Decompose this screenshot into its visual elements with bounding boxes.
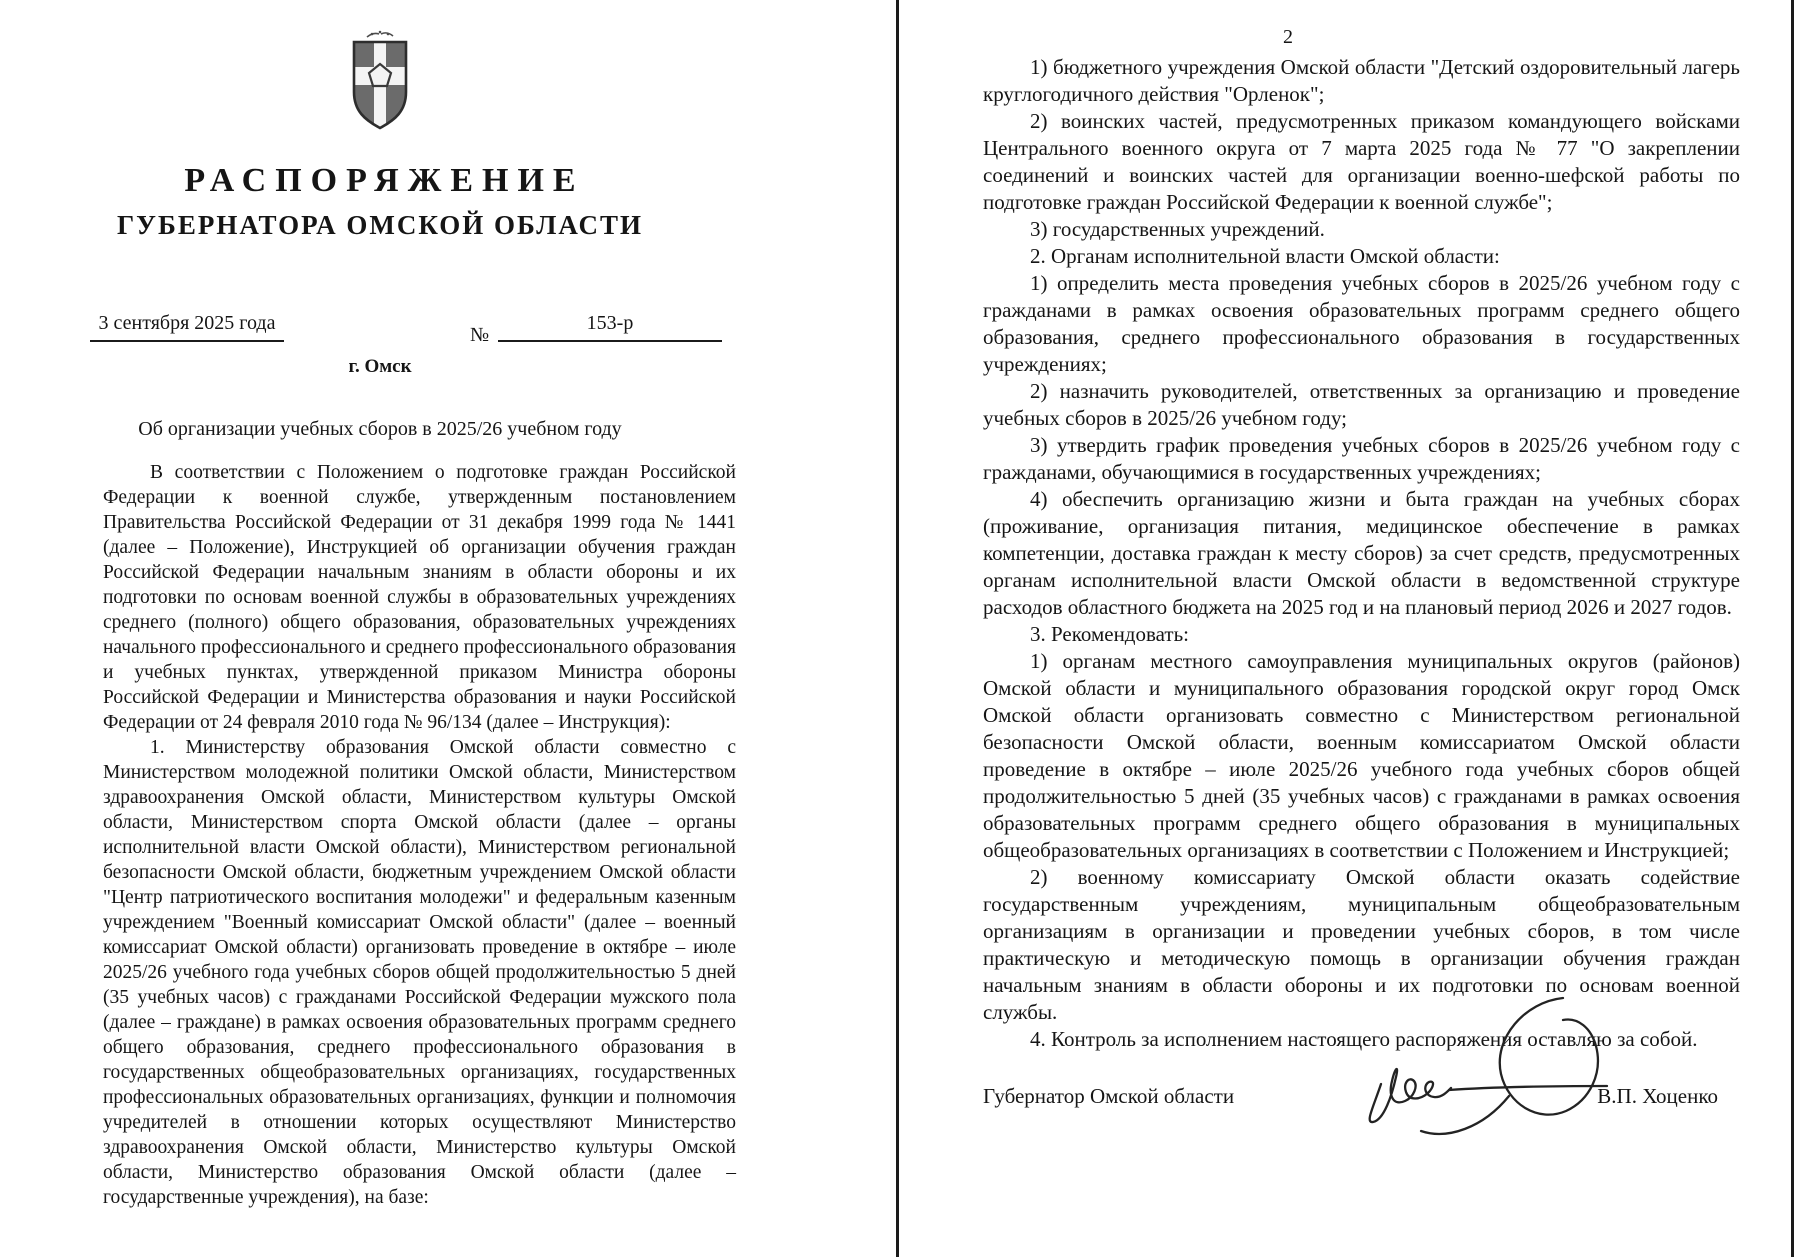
number-value: 153-р	[587, 312, 634, 334]
omsk-coat-of-arms-icon	[345, 30, 415, 134]
subject-line: Об организации учебных сборов в 2025/26 …	[58, 418, 702, 441]
signature-block: Губернатор Омской области В.П. Хоценко	[983, 1083, 1740, 1110]
number-sign: №	[470, 324, 489, 347]
paragraph: 3) утвердить график проведения учебных с…	[983, 432, 1740, 486]
place-line: г. Омск	[88, 356, 672, 378]
date-field: 3 сентября 2025 года	[90, 312, 284, 342]
page-number: 2	[1188, 26, 1388, 49]
date-value: 3 сентября 2025 года	[99, 312, 276, 334]
signature-position: Губернатор Омской области	[983, 1083, 1234, 1110]
signature-name: В.П. Хоценко	[1597, 1083, 1740, 1110]
paragraph: 2) военному комиссариату Омской области …	[983, 864, 1740, 1026]
paragraph: 1) бюджетного учреждения Омской области …	[983, 54, 1740, 108]
paragraph: 1. Министерству образования Омской облас…	[103, 735, 736, 1210]
doc-type-title: РАСПОРЯЖЕНИЕ	[88, 162, 672, 200]
authority-title: ГУБЕРНАТОРА ОМСКОЙ ОБЛАСТИ	[88, 210, 672, 241]
page-2-body: 1) бюджетного учреждения Омской области …	[983, 54, 1740, 1110]
paragraph: 4) обеспечить организацию жизни и быта г…	[983, 486, 1740, 621]
page-1-body: В соответствии с Положением о подготовке…	[103, 460, 736, 1210]
page-2: 2 1) бюджетного учреждения Омской област…	[983, 0, 1740, 1257]
paragraph: 3. Рекомендовать:	[983, 621, 1740, 648]
paragraph: 2. Органам исполнительной власти Омской …	[983, 243, 1740, 270]
document-scan: РАСПОРЯЖЕНИЕ ГУБЕРНАТОРА ОМСКОЙ ОБЛАСТИ …	[0, 0, 1803, 1257]
paragraph: 2) назначить руководителей, ответственны…	[983, 378, 1740, 432]
paragraph: 4. Контроль за исполнением настоящего ра…	[983, 1026, 1740, 1053]
page-edge-line	[1791, 0, 1794, 1257]
paragraph: 3) государственных учреждений.	[983, 216, 1740, 243]
page-divider-line	[896, 0, 899, 1257]
paragraph: 1) органам местного самоуправления муниц…	[983, 648, 1740, 864]
paragraph: 1) определить места проведения учебных с…	[983, 270, 1740, 378]
paragraph: 2) воинских частей, предусмотренных прик…	[983, 108, 1740, 216]
number-field: 153-р	[498, 312, 722, 342]
paragraph: В соответствии с Положением о подготовке…	[103, 460, 736, 735]
letterhead: РАСПОРЯЖЕНИЕ ГУБЕРНАТОРА ОМСКОЙ ОБЛАСТИ	[88, 30, 672, 241]
page-1: РАСПОРЯЖЕНИЕ ГУБЕРНАТОРА ОМСКОЙ ОБЛАСТИ …	[88, 0, 672, 1257]
